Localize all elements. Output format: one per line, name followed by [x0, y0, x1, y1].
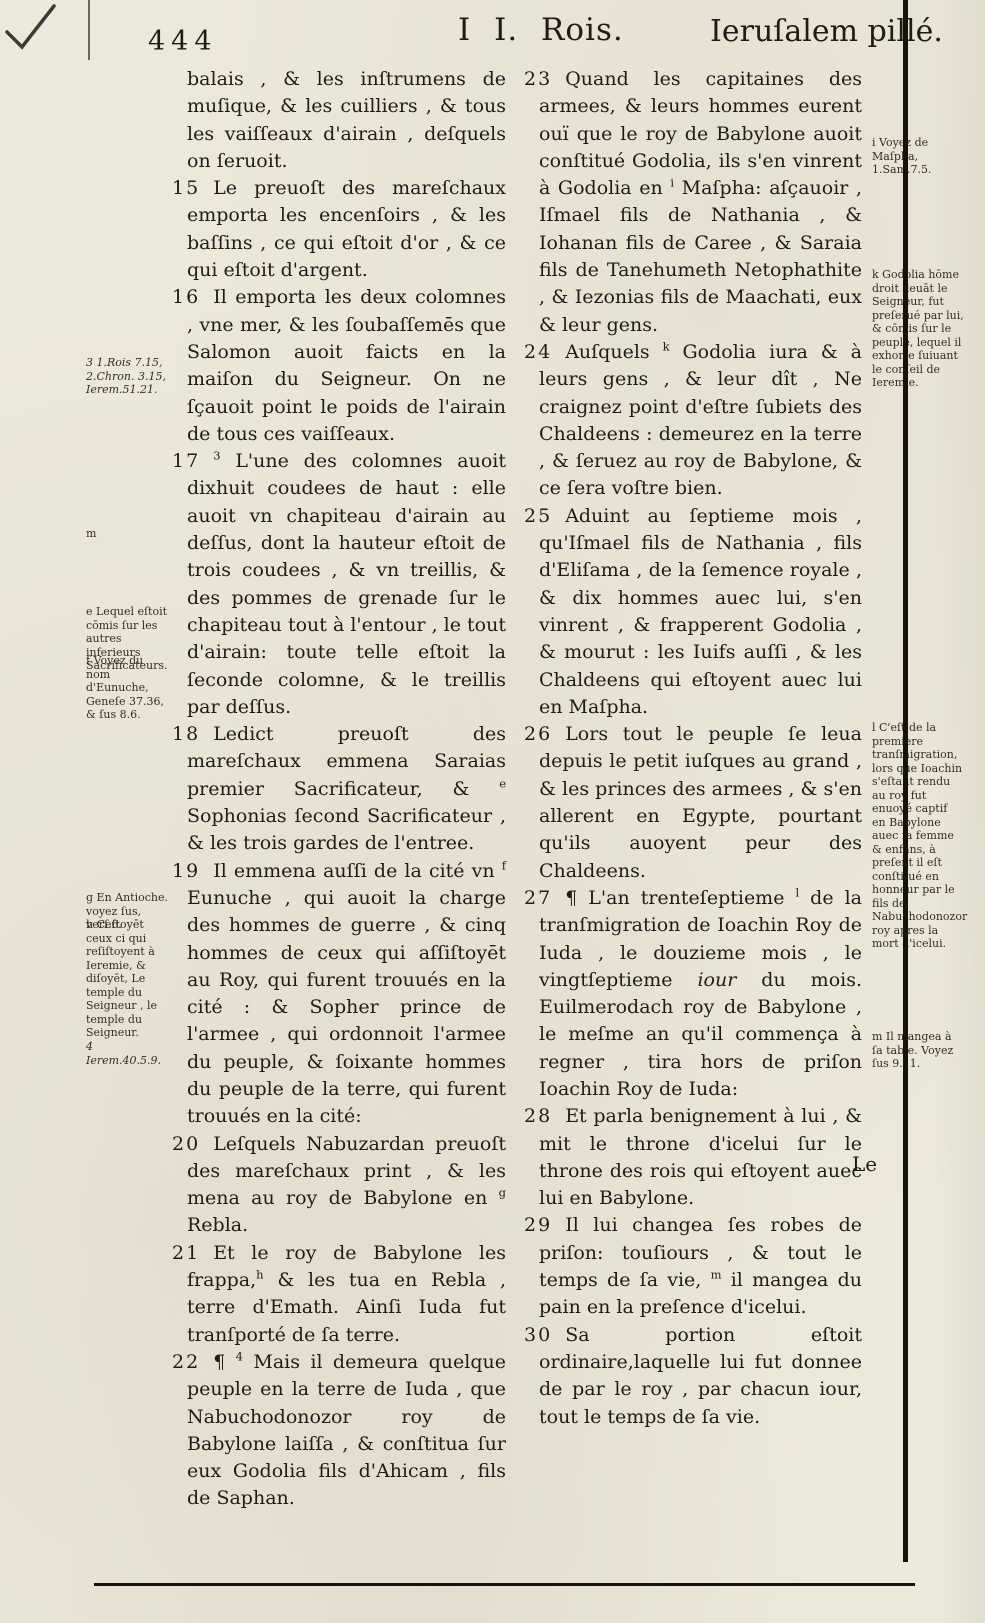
verse-number: 29	[524, 1214, 552, 1236]
verse-number: 26	[524, 723, 552, 745]
margin-note-h: h Ceſtoyēt ceux ci qui reſiſtoyent à Ier…	[86, 918, 170, 1040]
verse-17: 173 L'une des colomnes auoit dixhuit cou…	[172, 448, 506, 721]
verse-30: 30Sa portion eſtoit ordinaire,laquelle l…	[524, 1322, 862, 1431]
verse-number: 28	[524, 1105, 552, 1127]
verse-number: 21	[172, 1242, 200, 1264]
verse-19: 19Il emmena auſſi de la cité vn f Eunuch…	[172, 858, 506, 1131]
verse-number: 27	[524, 887, 552, 909]
pen-tick-mark	[88, 0, 90, 60]
verse-20: 20Leſquels Nabuzardan preuoſt des mareſc…	[172, 1131, 506, 1240]
margin-note-stray-m: m	[86, 527, 170, 541]
verse-number: 17	[172, 450, 200, 472]
margin-note-ref3: 3 1.Rois 7.15, 2.Chron. 3.15, Ierem.51.2…	[86, 356, 170, 397]
handwritten-checkmark	[2, 0, 62, 55]
verse-continuation: balais , & les inſtrumens de muſique, & …	[172, 66, 506, 175]
right-text-column: 23Quand les capitaines des armees, & leu…	[524, 66, 862, 1431]
verse-number: 15	[172, 177, 200, 199]
verse-number: 20	[172, 1133, 200, 1155]
verse-16: 16Il emporta les deux colomnes , vne mer…	[172, 284, 506, 448]
margin-note-f: f Voyez du nom d'Eunuche, Geneſe 37.36, …	[86, 654, 170, 722]
verse-23: 23Quand les capitaines des armees, & leu…	[524, 66, 862, 339]
verse-number: 19	[172, 860, 200, 882]
margin-note-l: l C'eſt de la premiere tranſmigration, l…	[872, 721, 964, 951]
book-title: I I. Rois.	[458, 12, 624, 48]
verse-15: 15Le preuoſt des mareſchaux emporta les …	[172, 175, 506, 284]
verse-number: 22	[172, 1351, 200, 1373]
verse-18: 18Ledict preuoſt des mareſchaux emmena S…	[172, 721, 506, 857]
margin-note-k: k Godolia hōme droit deuāt le Seigneur, …	[872, 268, 964, 390]
margin-note-i: i Voyez de Maſpha, 1.Sam.7.5.	[872, 136, 964, 177]
bottom-rule	[94, 1583, 915, 1586]
left-text-column: balais , & les inſtrumens de muſique, & …	[172, 66, 506, 1513]
margin-note-ref4: 4 Ierem.40.5.9.	[86, 1040, 170, 1067]
verse-21: 21Et le roy de Babylone les frappa,h & l…	[172, 1240, 506, 1349]
margin-note-m: m Il mangea à ſa table. Voyez ſus 9.11.	[872, 1030, 964, 1071]
verse-28: 28Et parla benignement à lui , & mit le …	[524, 1103, 862, 1212]
verse-22: 22¶ 4 Mais il demeura quelque peuple en …	[172, 1349, 506, 1513]
verse-number: 25	[524, 505, 552, 527]
verse-27: 27¶ L'an trenteſeptieme l de la tranſmig…	[524, 885, 862, 1103]
verse-number: 24	[524, 341, 552, 363]
verse-number: 18	[172, 723, 200, 745]
page-number: 444	[148, 26, 218, 57]
verse-24: 24Auſquels k Godolia iura & à leurs gens…	[524, 339, 862, 503]
verse-number: 23	[524, 68, 552, 90]
book-page: 444 I I. Rois. Ieruſalem pillé. balais ,…	[0, 0, 985, 1623]
verse-29: 29Il lui changea ſes robes de priſon: to…	[524, 1212, 862, 1321]
verse-26: 26Lors tout le peuple ſe leua depuis le …	[524, 721, 862, 885]
catchword: Le	[852, 1152, 877, 1176]
verse-number: 16	[172, 286, 200, 308]
verse-number: 30	[524, 1324, 552, 1346]
verse-25: 25Aduint au ſeptieme mois , qu'Iſmael fi…	[524, 503, 862, 721]
right-column-rule	[903, 0, 908, 1562]
